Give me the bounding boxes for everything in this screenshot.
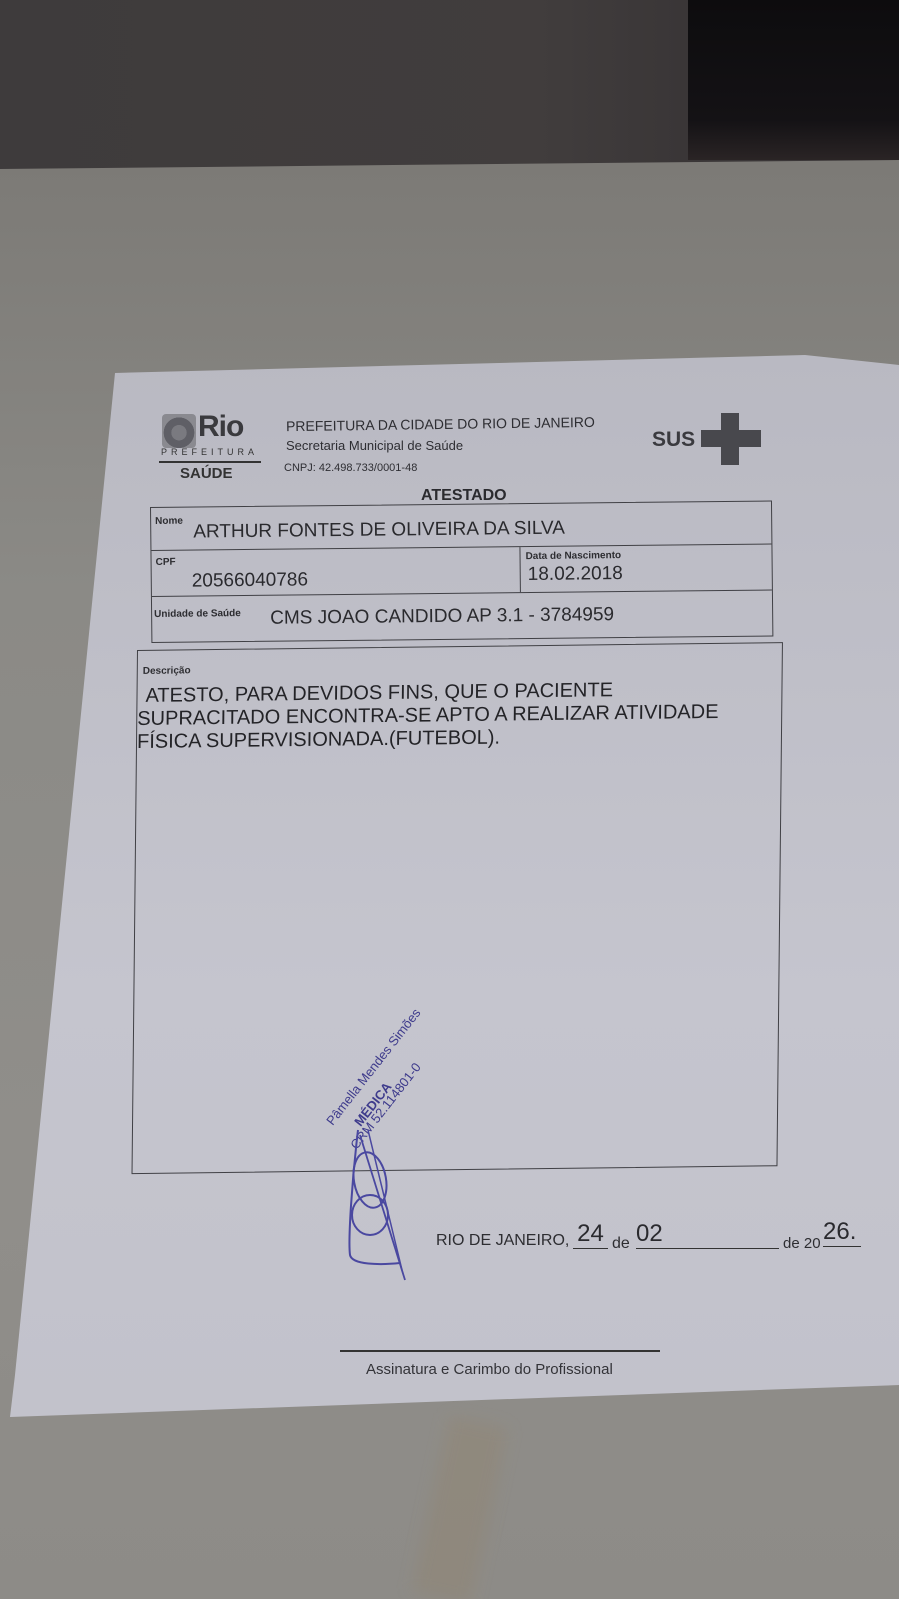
date-month: 02 bbox=[636, 1220, 663, 1247]
row-unidade: Unidade de Saúde CMS JOAO CANDIDO AP 3.1… bbox=[152, 590, 772, 640]
label-nascimento: Data de Nascimento bbox=[525, 550, 621, 562]
cnpj: CNPJ: 42.498.733/0001-48 bbox=[284, 462, 417, 474]
label-cpf: CPF bbox=[156, 557, 176, 568]
secretariat: Secretaria Municipal de Saúde bbox=[286, 438, 463, 453]
patient-info-table: Nome ARTHUR FONTES DE OLIVEIRA DA SILVA … bbox=[150, 500, 773, 643]
background-dark-corner bbox=[688, 0, 899, 160]
date-day-field: 24 bbox=[573, 1220, 608, 1249]
date-year: 26. bbox=[823, 1218, 856, 1245]
date-month-field: 02 bbox=[636, 1220, 779, 1249]
city-crest-icon bbox=[162, 414, 196, 448]
cell-divider bbox=[519, 547, 521, 592]
signature-line bbox=[340, 1350, 660, 1352]
date-sep-2: de 20 bbox=[783, 1235, 821, 1252]
label-unidade: Unidade de Saúde bbox=[154, 608, 241, 620]
document-title: ATESTADO bbox=[421, 487, 507, 505]
sus-label: SUS bbox=[652, 428, 695, 452]
label-nome: Nome bbox=[155, 516, 183, 527]
logo-brand: Rio bbox=[198, 410, 243, 444]
row-cpf: CPF 20566040786 Data de Nascimento 18.02… bbox=[151, 544, 771, 596]
description-line-3: FÍSICA SUPERVISIONADA.(FUTEBOL). bbox=[137, 727, 500, 754]
date-day: 24 bbox=[577, 1220, 604, 1247]
value-nascimento: 18.02.2018 bbox=[528, 563, 623, 586]
logo-department: SAÚDE bbox=[180, 465, 233, 482]
signature-caption: Assinatura e Carimbo do Profissional bbox=[366, 1361, 613, 1378]
signature-scribble bbox=[340, 1120, 430, 1310]
logo-subbrand: PREFEITURA bbox=[161, 447, 258, 457]
row-nome: Nome ARTHUR FONTES DE OLIVEIRA DA SILVA bbox=[151, 501, 771, 550]
description-box: Descrição ATESTO, PARA DEVIDOS FINS, QUE… bbox=[132, 642, 783, 1174]
logo-divider bbox=[159, 461, 261, 463]
value-cpf: 20566040786 bbox=[192, 569, 308, 592]
date-year-field: 26. bbox=[823, 1218, 861, 1247]
label-descricao: Descrição bbox=[143, 665, 191, 677]
sus-cross-icon bbox=[701, 413, 761, 465]
date-city: RIO DE JANEIRO, bbox=[436, 1232, 569, 1250]
date-sep-1: de bbox=[612, 1235, 630, 1253]
value-unidade: CMS JOAO CANDIDO AP 3.1 - 3784959 bbox=[270, 604, 614, 630]
value-nome: ARTHUR FONTES DE OLIVEIRA DA SILVA bbox=[193, 518, 565, 544]
